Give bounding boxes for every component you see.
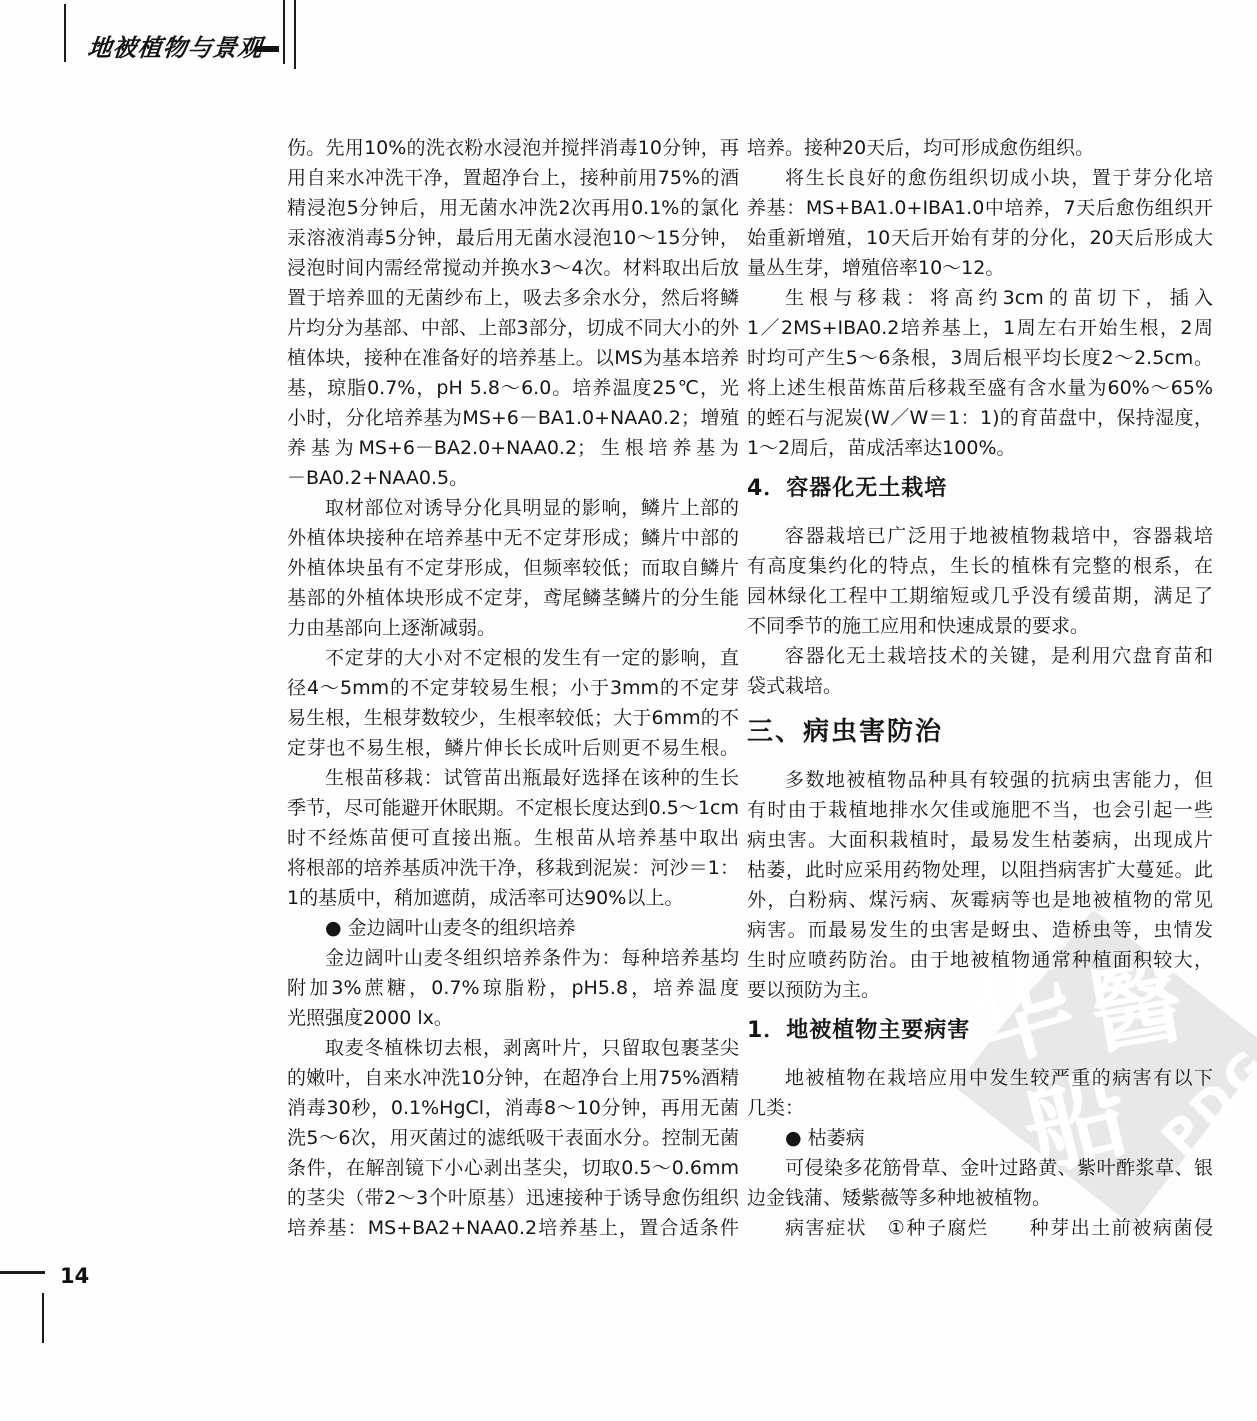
text-line: 基部的外植体块形成不定芽，鸢尾鳞茎鳞片的分生能: [287, 583, 739, 613]
text-line: 将生长良好的愈伤组织切成小块，置于芽分化培: [747, 163, 1213, 193]
text-line: 光照强度2000 lx。: [287, 1003, 739, 1033]
text-line: 将根部的培养基质冲洗干净，移栽到泥炭：河沙＝1：: [287, 853, 739, 883]
text-line: 置于培养皿的无菌纱布上，吸去多余水分，然后将鳞: [287, 283, 739, 313]
text-line: 病害症状 ①种子腐烂 种芽出土前被病菌侵入，: [747, 1213, 1213, 1243]
text-line: －BA0.2+NAA0.5。: [287, 463, 739, 493]
text-line: ● 枯萎病: [747, 1123, 1213, 1153]
scanned-book-page: { "header": { "title": "地被植物与景观", "page_…: [0, 0, 1257, 1421]
text-line: 生时应喷药防治。由于地被植物通常种植面积较大，: [747, 945, 1213, 975]
text-line: 量丛生芽，增殖倍率10～12。: [747, 253, 1213, 283]
left-margin-line: [64, 4, 66, 62]
text-line: 取材部位对诱导分化具明显的影响，鳞片上部的: [287, 493, 739, 523]
text-line: 养基：MS+BA1.0+IBA1.0中培养，7天后愈伤组织开: [747, 193, 1213, 223]
text-line: 地被植物在栽培应用中发生较严重的病害有以下: [747, 1063, 1213, 1093]
text-line: 始重新增殖，10天后开始有芽的分化，20天后形成大: [747, 223, 1213, 253]
text-line: 不定芽的大小对不定根的发生有一定的影响，直: [287, 643, 739, 673]
section-heading: 三、病虫害防治: [747, 715, 1213, 749]
text-line: 不同季节的施工应用和快速成景的要求。: [747, 611, 1213, 641]
text-line: 枯萎，此时应采用药物处理，以阻挡病害扩大蔓延。此: [747, 855, 1213, 885]
text-line: 基，琼脂0.7%，pH 5.8～6.0。培养温度25℃，光照12: [287, 373, 739, 403]
text-line: 要以预防为主。: [747, 975, 1213, 1005]
text-line: 生根苗移栽：试管苗出瓶最好选择在该种的生长: [287, 763, 739, 793]
text-line: 园林绿化工程中工期缩短或几乎没有缓苗期，满足了: [747, 581, 1213, 611]
footer-tick-line: [42, 1293, 44, 1343]
text-line: 将上述生根苗炼苗后移栽至盛有含水量为60%～65%: [747, 373, 1213, 403]
text-line: 养基为MS+6－BA2.0+NAA0.2；生根培养基为MS+6: [287, 433, 739, 463]
text-line: 的嫩叶，自来水冲洗10分钟，在超净台上用75%酒精: [287, 1063, 739, 1093]
text-line: 生根与移栽：将高约3cm的苗切下，插入: [747, 283, 1213, 313]
text-line: 病虫害。大面积栽植时，最易发生枯萎病，出现成片: [747, 825, 1213, 855]
text-line: 几类：: [747, 1093, 1213, 1123]
text-line: 有时由于栽植地排水欠佳或施肥不当，也会引起一些: [747, 795, 1213, 825]
text-line: 力由基部向上逐渐减弱。: [287, 613, 739, 643]
text-line: 浸泡时间内需经常搅动并换水3～4次。材料取出后放: [287, 253, 739, 283]
text-line: 培养基：MS+BA2+NAA0.2培养基上，置合适条件下: [287, 1213, 739, 1243]
text-line: 消毒30秒，0.1%HgCl，消毒8～10分钟，再用无菌水: [287, 1093, 739, 1123]
text-line: 培养。接种20天后，均可形成愈伤组织。: [747, 133, 1213, 163]
text-line: 用自来水冲洗干净，置超净台上，接种前用75%的酒: [287, 163, 739, 193]
text-line: 可侵染多花筋骨草、金叶过路黄、紫叶酢浆草、银: [747, 1153, 1213, 1183]
text-line: 1／2MS+IBA0.2培养基上，1周左右开始生根，2周: [747, 313, 1213, 343]
book-header-title: 地被植物与景观: [86, 28, 265, 63]
text-line: 容器化无土栽培技术的关键，是利用穴盘育苗和: [747, 641, 1213, 671]
text-line: 边金钱蒲、矮紫薇等多种地被植物。: [747, 1183, 1213, 1213]
text-line: 袋式栽培。: [747, 671, 1213, 701]
text-line: 附加3%蔗糖，0.7%琼脂粉，pH5.8，培养温度25℃，: [287, 973, 739, 1003]
text-line: 汞溶液消毒5分钟，最后用无菌水浸泡10～15分钟，在: [287, 223, 739, 253]
text-line: 外，白粉病、煤污病、灰霉病等也是地被植物的常见: [747, 885, 1213, 915]
left-text-column: 伤。先用10%的洗衣粉水浸泡并搅拌消毒10分钟，再用自来水冲洗干净，置超净台上，…: [287, 133, 739, 1243]
text-line: 小时，分化培养基为MS+6－BA1.0+NAA0.2；增殖培: [287, 403, 739, 433]
text-line: 径4～5mm的不定芽较易生根；小于3mm的不定芽不: [287, 673, 739, 703]
text-line: 多数地被植物品种具有较强的抗病虫害能力，但: [747, 765, 1213, 795]
text-line: 植体块，接种在准备好的培养基上。以MS为基本培养: [287, 343, 739, 373]
text-line: 外植体块虽有不定芽形成，但频率较低；而取自鳞片: [287, 553, 739, 583]
text-line: 精浸泡5分钟后，用无菌水冲洗2次再用0.1%的氯化: [287, 193, 739, 223]
text-line: 条件，在解剖镜下小心剥出茎尖，切取0.5～0.6mm长: [287, 1153, 739, 1183]
header-dash-mark: [256, 46, 279, 52]
text-line: 1～2周后，苗成活率达100%。: [747, 433, 1213, 463]
header-rule-line-2: [294, 0, 296, 69]
text-line: 有高度集约化的特点，生长的植株有完整的根系，在: [747, 551, 1213, 581]
text-line: 洗5～6次，用灭菌过的滤纸吸干表面水分。控制无菌: [287, 1123, 739, 1153]
right-text-column: 培养。接种20天后，均可形成愈伤组织。将生长良好的愈伤组织切成小块，置于芽分化培…: [747, 133, 1213, 1243]
header-rule-line-1: [283, 0, 285, 64]
text-line: 的茎尖（带2～3个叶原基）迅速接种于诱导愈伤组织: [287, 1183, 739, 1213]
text-line: 易生根，生根芽数较少，生根率较低；大于6mm的不: [287, 703, 739, 733]
text-line: 1的基质中，稍加遮荫，成活率可达90%以上。: [287, 883, 739, 913]
text-line: 金边阔叶山麦冬组织培养条件为：每种培养基均: [287, 943, 739, 973]
text-line: 时不经炼苗便可直接出瓶。生根苗从培养基中取出后，: [287, 823, 739, 853]
text-line: ● 金边阔叶山麦冬的组织培养: [287, 913, 739, 943]
text-line: 时均可产生5～6条根，3周后根平均长度2～2.5cm。: [747, 343, 1213, 373]
footer-rule-line: [0, 1271, 45, 1274]
text-line: 的蛭石与泥炭(W／W＝1：1)的育苗盘中，保持湿度，: [747, 403, 1213, 433]
text-line: 病害。而最易发生的虫害是蚜虫、造桥虫等，虫情发: [747, 915, 1213, 945]
text-line: 片均分为基部、中部、上部3部分，切成不同大小的外: [287, 313, 739, 343]
text-line: 容器栽培已广泛用于地被植物栽培中，容器栽培: [747, 521, 1213, 551]
text-line: 定芽也不易生根，鳞片伸长长成叶后则更不易生根。: [287, 733, 739, 763]
text-line: 取麦冬植株切去根，剥离叶片，只留取包裹茎尖: [287, 1033, 739, 1063]
text-line: 外植体块接种在培养基中无不定芽形成；鳞片中部的: [287, 523, 739, 553]
section-heading: 4．容器化无土栽培: [747, 474, 1213, 504]
section-heading: 1．地被植物主要病害: [747, 1016, 1213, 1046]
page-number: 14: [60, 1264, 89, 1288]
text-line: 伤。先用10%的洗衣粉水浸泡并搅拌消毒10分钟，再: [287, 133, 739, 163]
text-line: 季节，尽可能避开休眠期。不定根长度达到0.5～1cm: [287, 793, 739, 823]
